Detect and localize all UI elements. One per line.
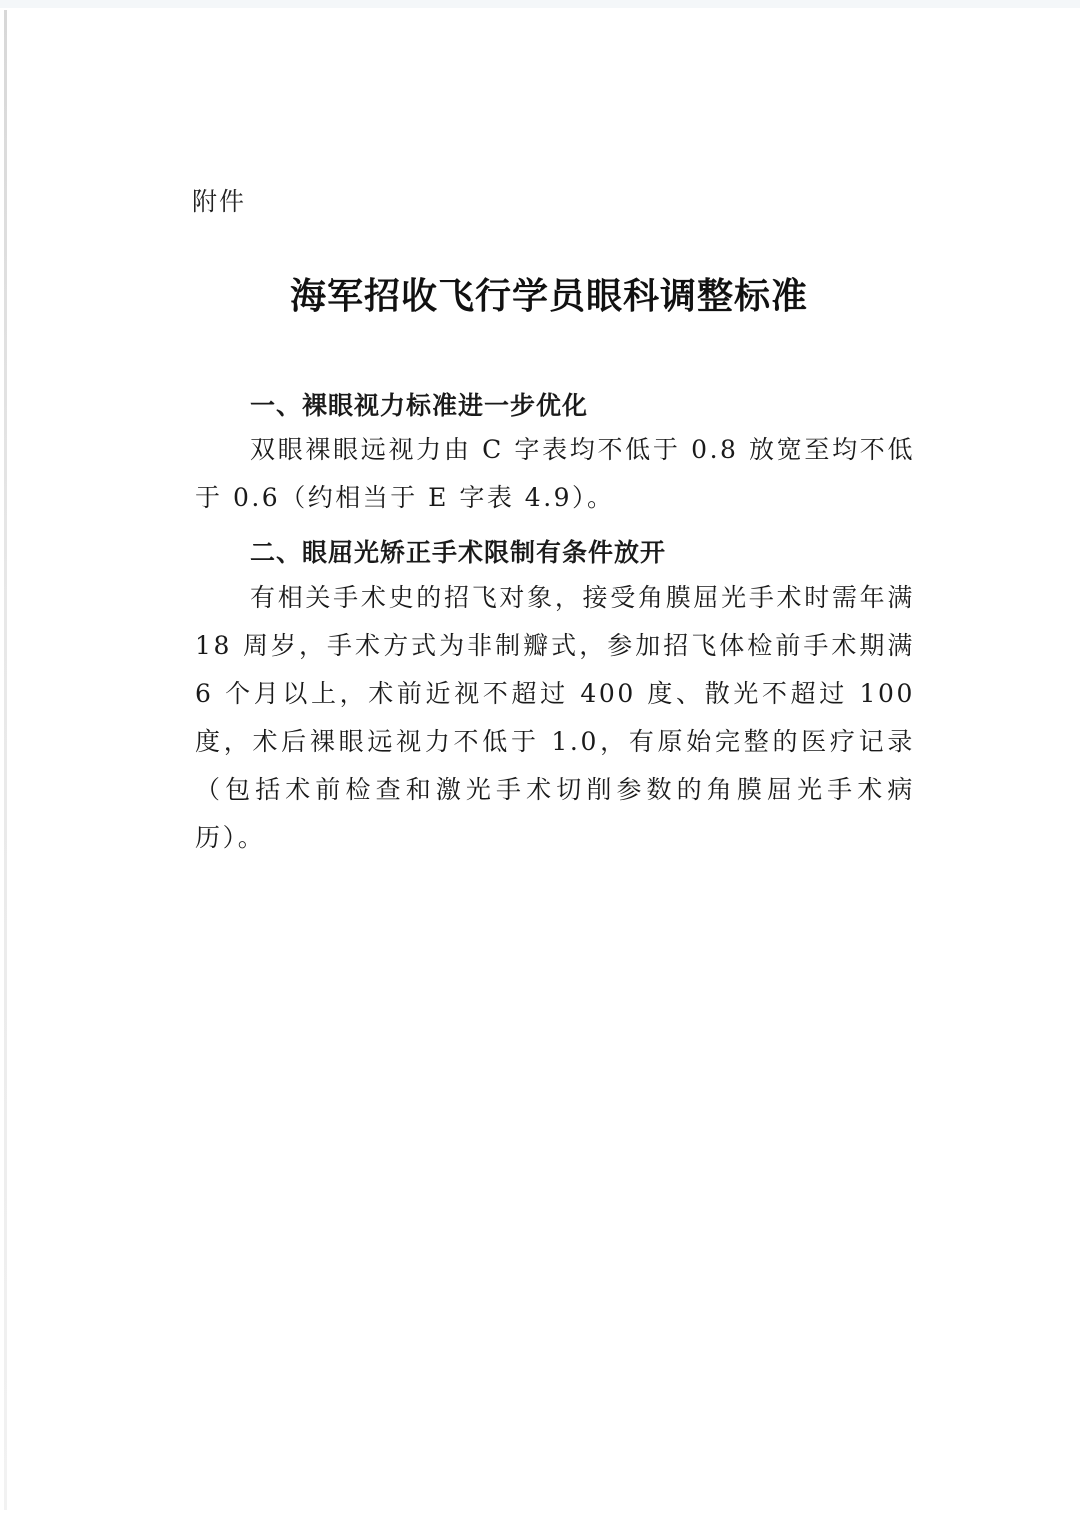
section-body-1: 双眼裸眼远视力由 C 字表均不低于 0.8 放宽至均不低于 0.6（约相当于 E… bbox=[195, 426, 915, 522]
document-page: 附件 海军招收飞行学员眼科调整标准 一、裸眼视力标准进一步优化 双眼裸眼远视力由… bbox=[0, 0, 1080, 1527]
section-body-2: 有相关手术史的招飞对象，接受角膜屈光手术时需年满 18 周岁，手术方式为非制瓣式… bbox=[195, 574, 915, 862]
section-heading-2: 二、眼屈光矫正手术限制有条件放开 bbox=[250, 533, 666, 569]
attachment-label: 附件 bbox=[192, 182, 246, 218]
section-heading-1: 一、裸眼视力标准进一步优化 bbox=[250, 386, 588, 422]
document-title: 海军招收飞行学员眼科调整标准 bbox=[0, 268, 1080, 319]
